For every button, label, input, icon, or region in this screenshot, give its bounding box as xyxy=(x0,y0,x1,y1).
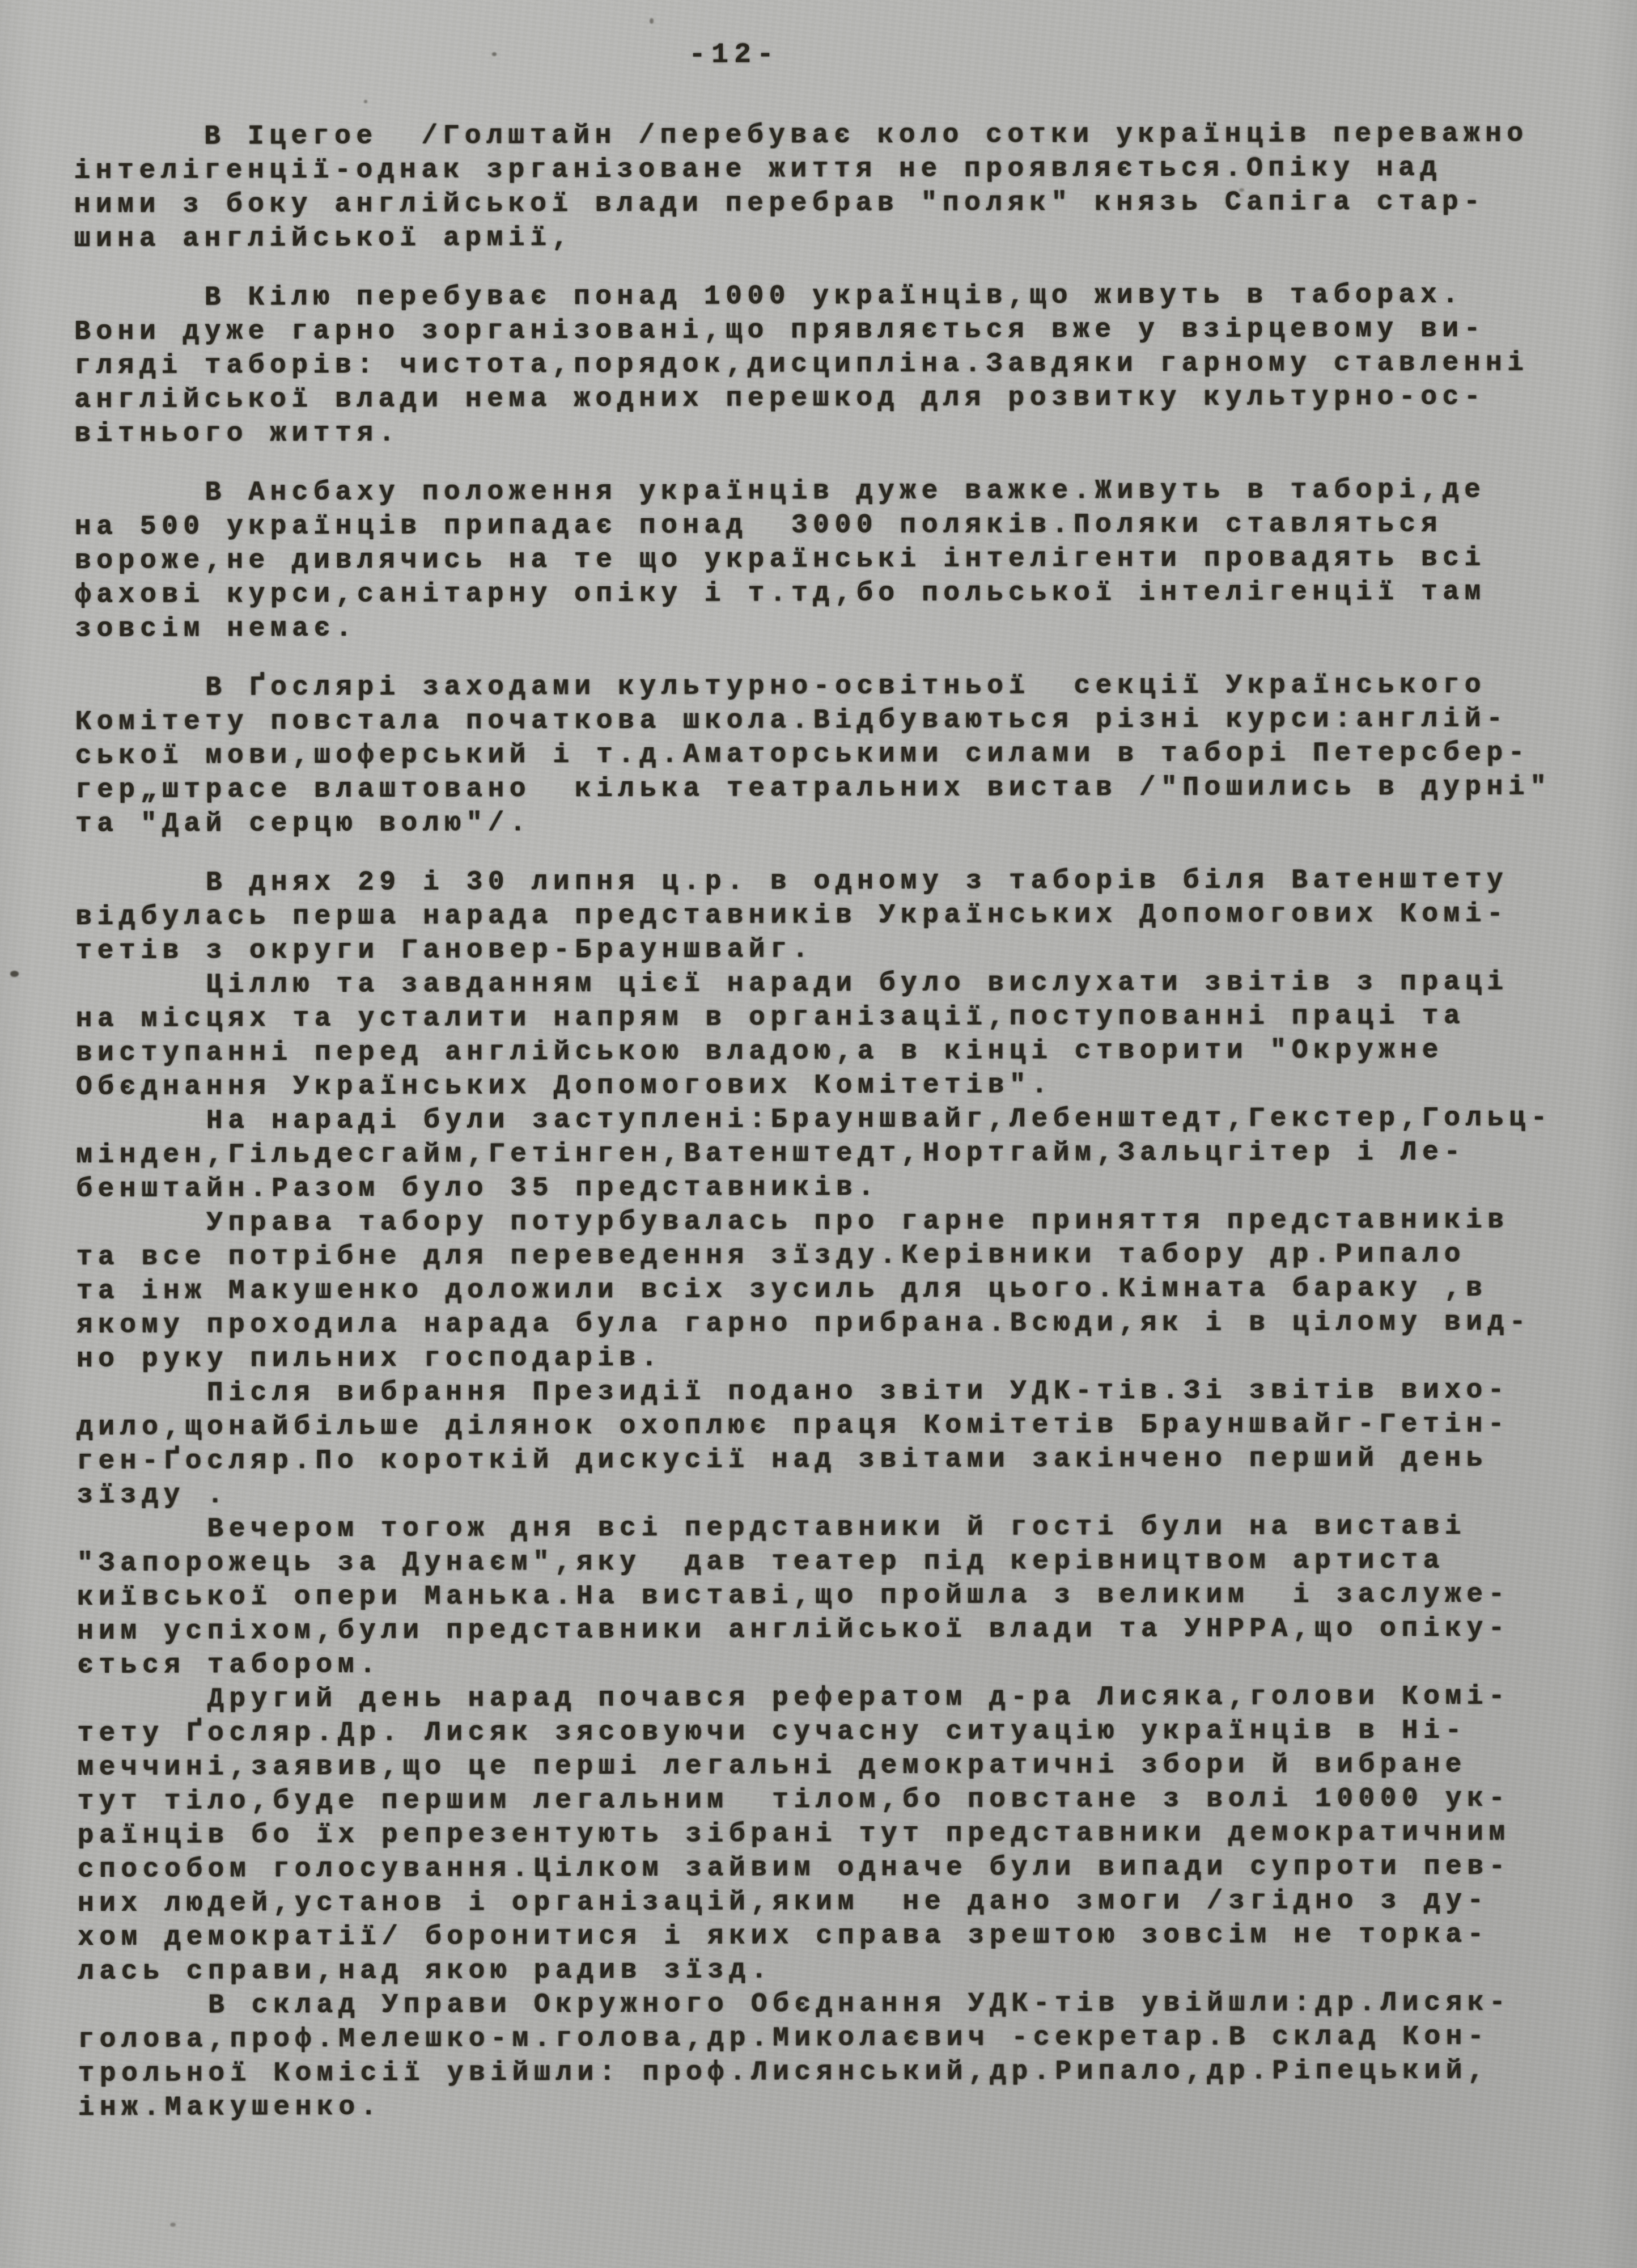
paragraph: Управа табору потурбувалась про гарне пр… xyxy=(76,1203,1589,1377)
paragraph: В Іцегое /Голштайн /перебуває коло сотки… xyxy=(74,117,1586,256)
paragraph: На нараді були заступлені:Брауншвайг,Леб… xyxy=(76,1101,1588,1207)
page-number: -12- xyxy=(689,36,1586,72)
ink-speck xyxy=(650,18,654,24)
paragraph: Вечером тогож дня всі пердставники й гос… xyxy=(77,1509,1589,1683)
paragraph: В Ґослярі заходами культурно-освітньої с… xyxy=(75,668,1588,841)
paragraph: Ціллю та завданням цієї наради було висл… xyxy=(75,965,1588,1105)
paragraph: В Кілю перебуває понад 1000 українців,що… xyxy=(74,278,1587,451)
document-page: -12- В Іцегое /Голштайн /перебуває коло … xyxy=(0,0,1637,2268)
paragraph: Другий день нарад почався рефератом д-ра… xyxy=(77,1679,1590,1989)
typewritten-text-block: -12- В Іцегое /Голштайн /перебуває коло … xyxy=(74,36,1591,2125)
paragraph: В склад Управи Окружного Обєднання УДК-т… xyxy=(78,1986,1590,2125)
ink-speck xyxy=(10,971,19,977)
ink-speck xyxy=(170,2223,176,2227)
ink-speck xyxy=(492,52,497,56)
paragraph: В Ансбаху положення українців дуже важке… xyxy=(75,473,1588,646)
ink-speck xyxy=(1239,188,1244,192)
document-body: В Іцегое /Голштайн /перебуває коло сотки… xyxy=(74,117,1590,2125)
paragraph: Після вибрання Президії подано звіти УДК… xyxy=(77,1373,1589,1513)
ink-speck xyxy=(364,100,367,103)
paragraph: В днях 29 і 30 липня ц.р. в одному з таб… xyxy=(75,863,1588,968)
